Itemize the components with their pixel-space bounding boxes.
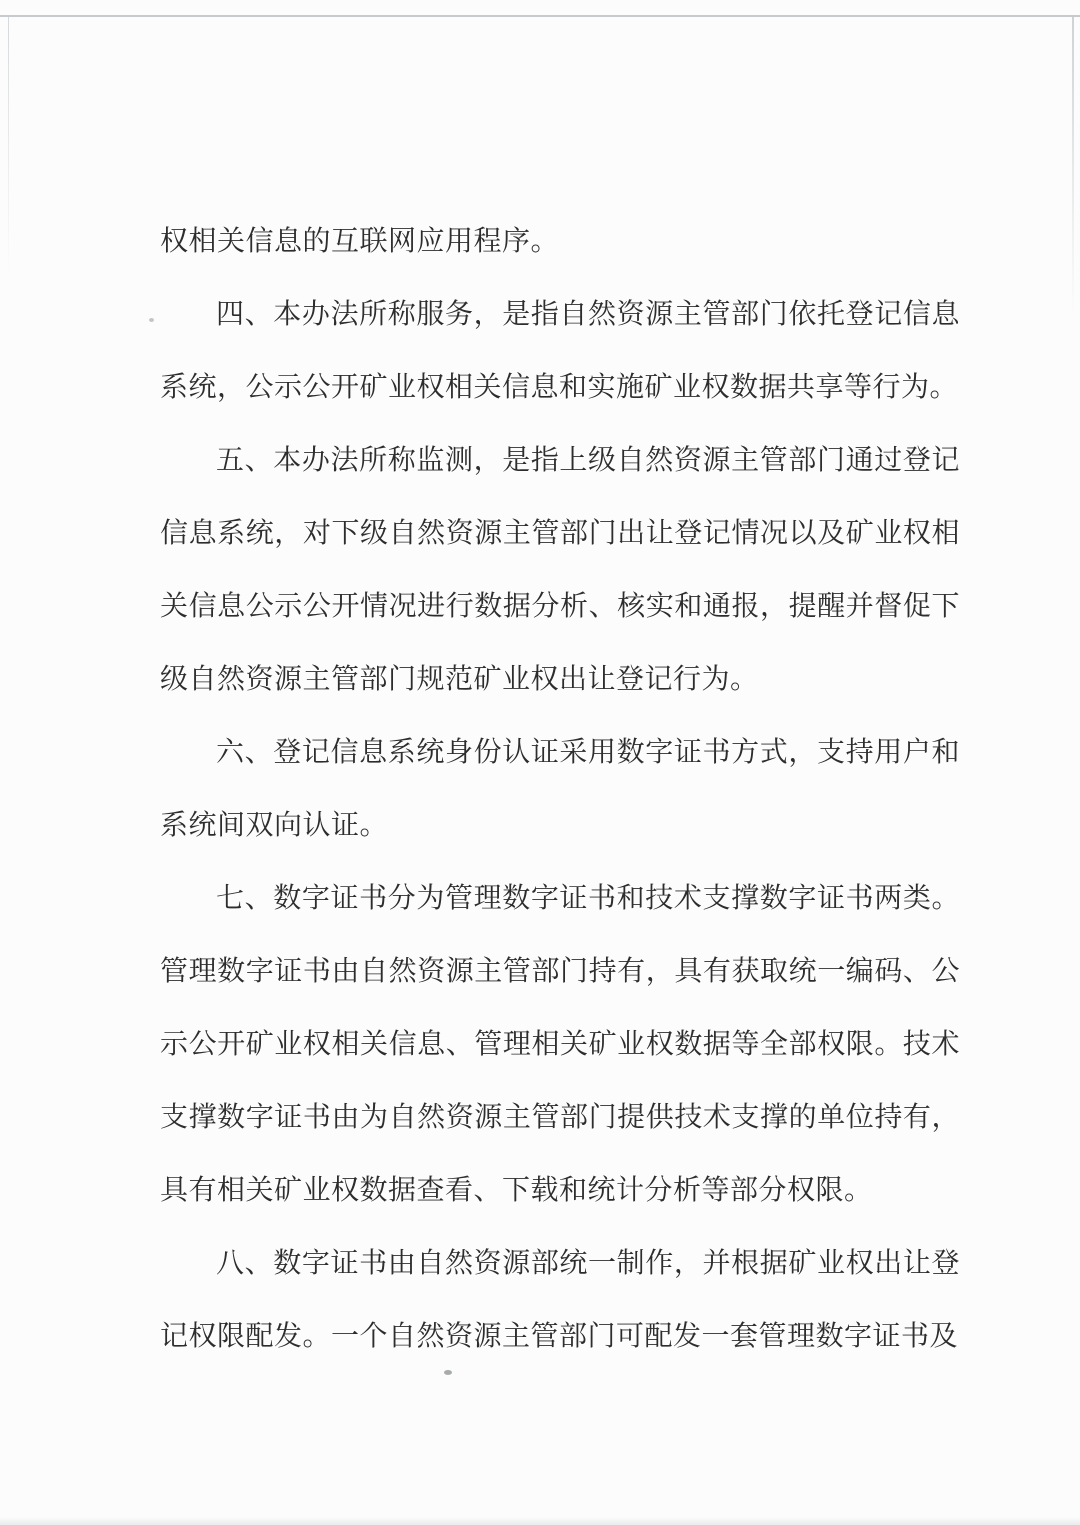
paragraph-continuation: 权相关信息的互联网应用程序。 <box>160 204 960 277</box>
scan-edge-bottom-strip <box>0 1517 1080 1525</box>
scan-edge-left-line <box>8 17 9 277</box>
paragraph-item-4: 四、本办法所称服务，是指自然资源主管部门依托登记信息系统，公示公开矿业权相关信息… <box>160 277 960 423</box>
paragraph-item-5: 五、本办法所称监测，是指上级自然资源主管部门通过登记信息系统，对下级自然资源主管… <box>160 423 960 715</box>
paragraph-item-7: 七、数字证书分为管理数字证书和技术支撑数字证书两类。管理数字证书由自然资源主管部… <box>160 861 960 1226</box>
document-body: 权相关信息的互联网应用程序。 四、本办法所称服务，是指自然资源主管部门依托登记信… <box>160 204 960 1372</box>
scanned-document-page: 权相关信息的互联网应用程序。 四、本办法所称服务，是指自然资源主管部门依托登记信… <box>0 0 1080 1525</box>
scan-edge-top-line <box>0 15 1080 17</box>
paragraph-item-8: 八、数字证书由自然资源部统一制作，并根据矿业权出让登记权限配发。一个自然资源主管… <box>160 1226 960 1372</box>
scan-edge-right-line <box>1072 17 1074 317</box>
scan-speck <box>444 1370 452 1375</box>
scan-speck <box>149 318 154 322</box>
paragraph-item-6: 六、登记信息系统身份认证采用数字证书方式，支持用户和系统间双向认证。 <box>160 715 960 861</box>
